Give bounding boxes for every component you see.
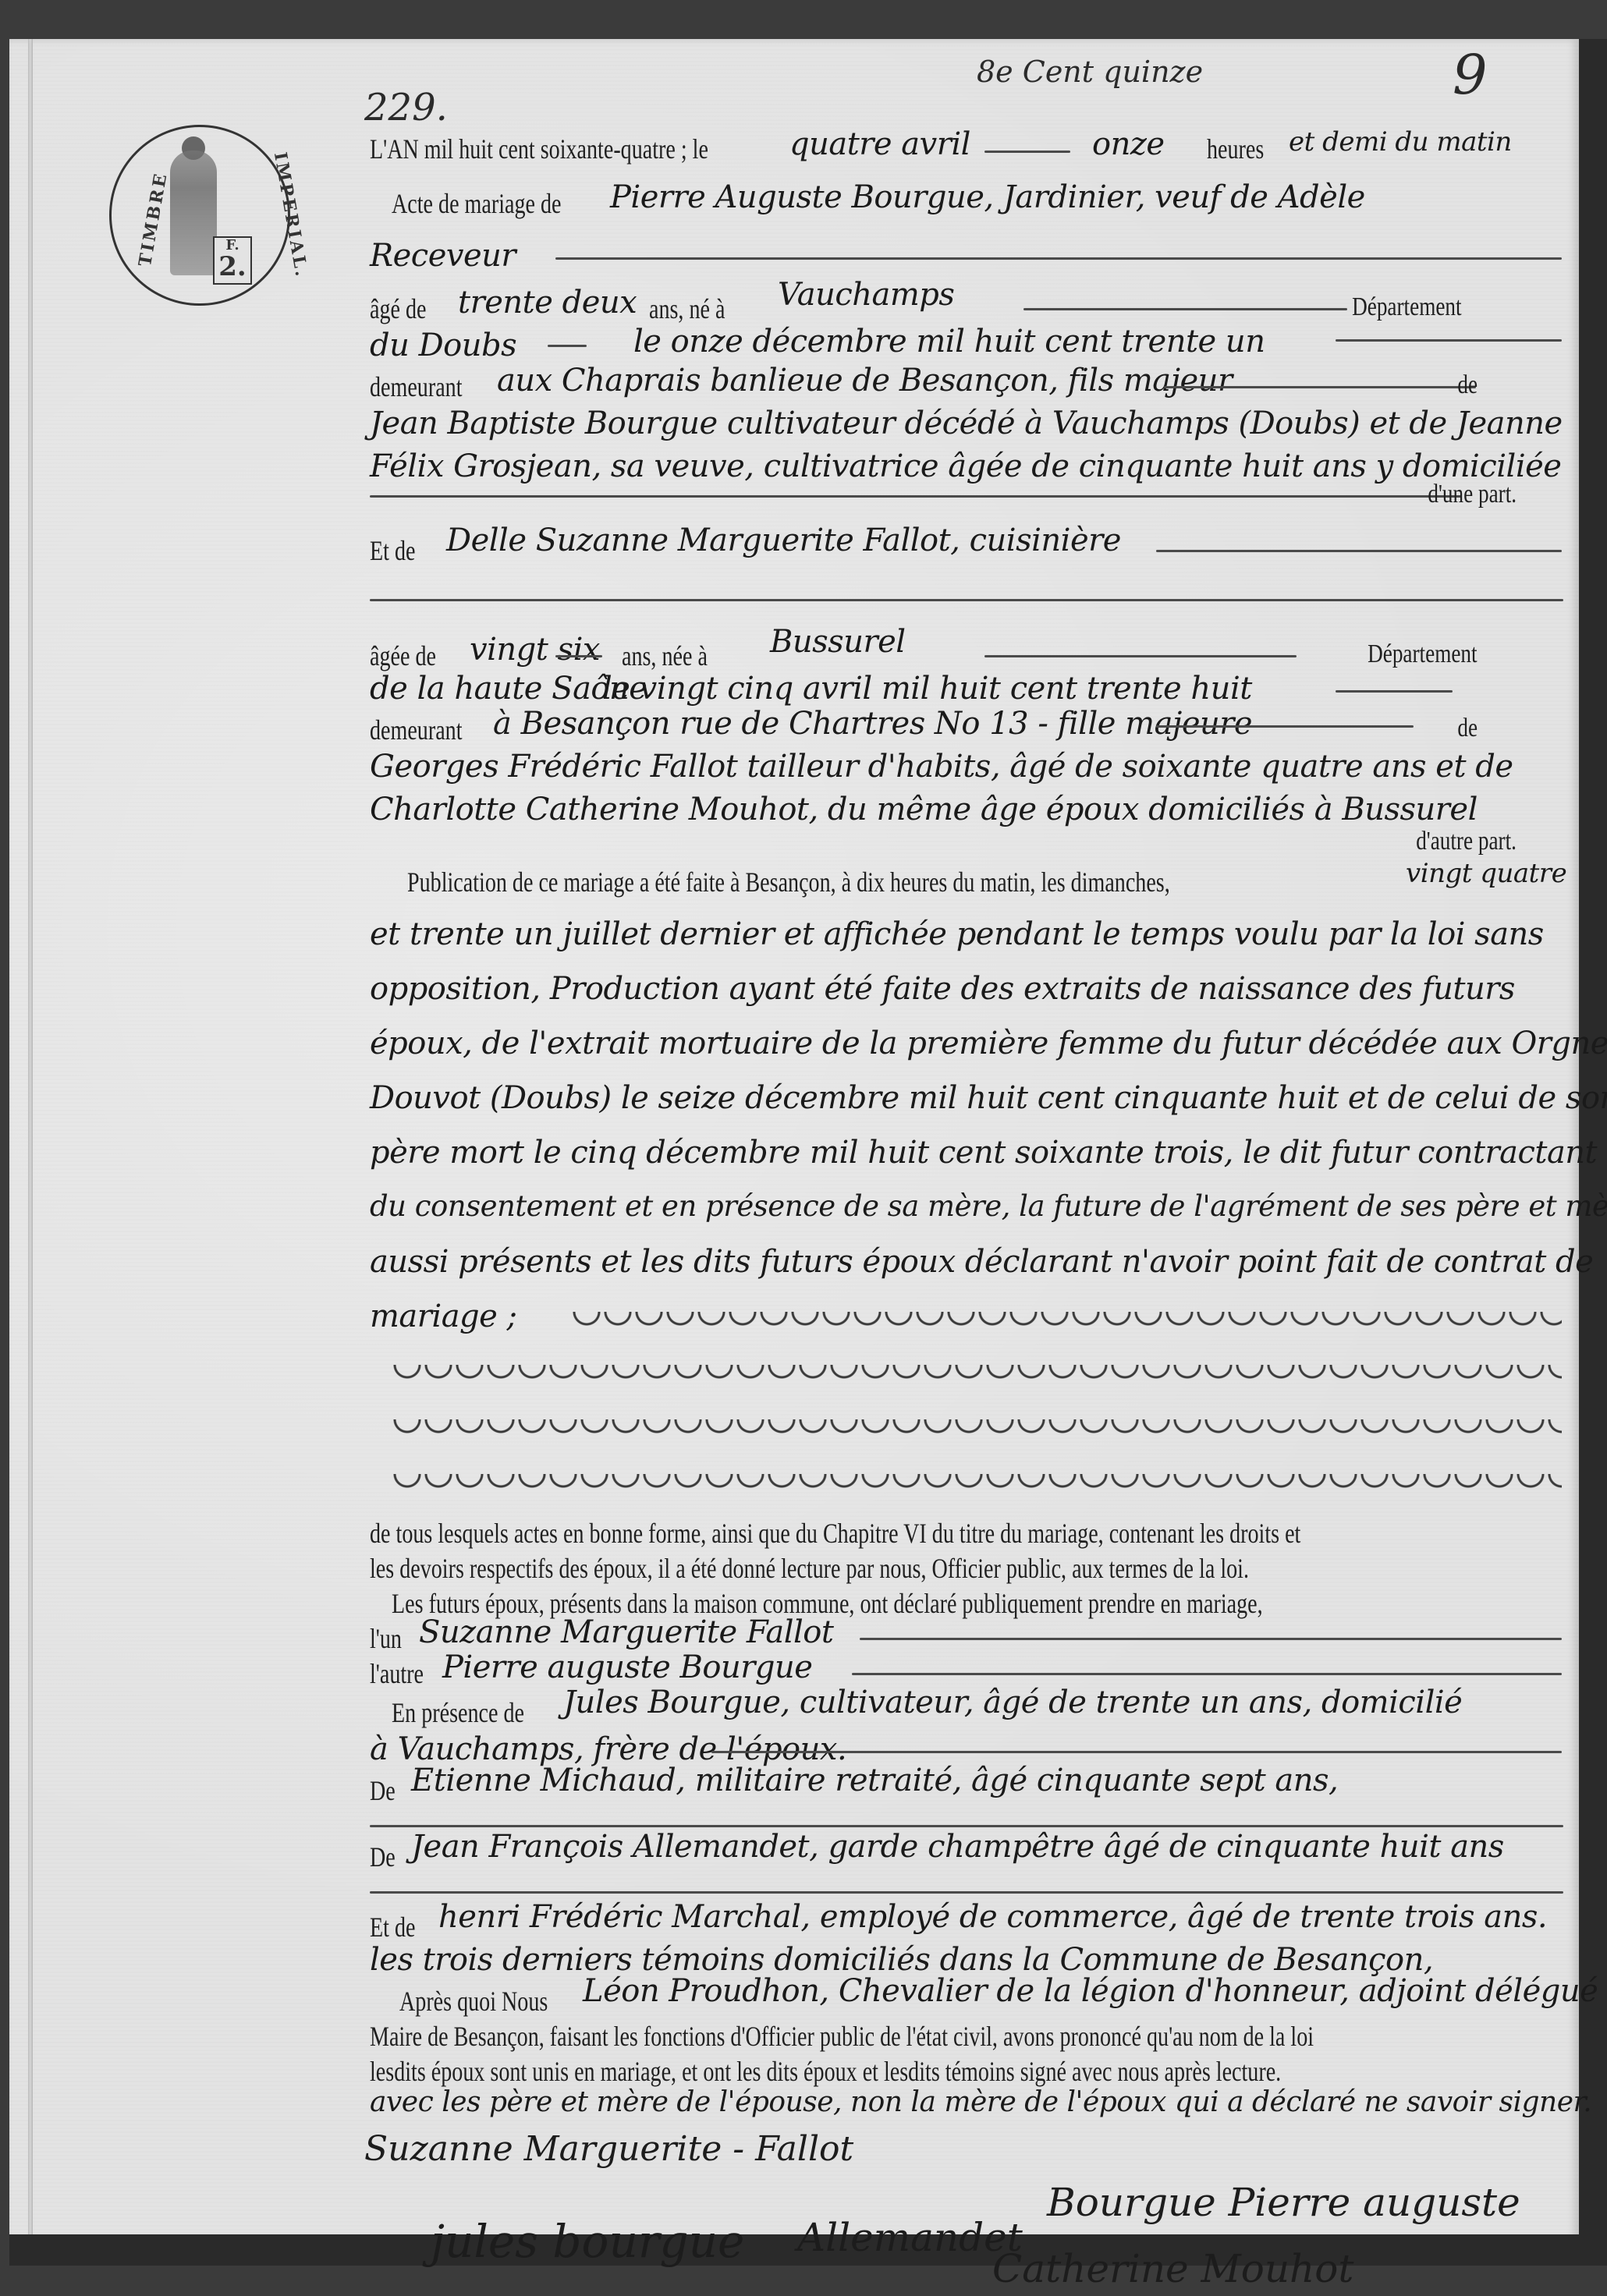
publication-hand-5: père mort le cinq décembre mil huit cent… bbox=[370, 1135, 1597, 1171]
header-line-2: Acte de mariage de bbox=[392, 187, 609, 220]
rule bbox=[984, 151, 1070, 153]
age-label: âgé de bbox=[370, 292, 426, 325]
publication-hand-0: vingt quatre bbox=[1406, 858, 1566, 889]
signature-catherine-mouhot: Catherine Mouhot bbox=[992, 2246, 1353, 2291]
apres-label: Après quoi Nous bbox=[399, 1985, 548, 2018]
chapter-text-1: de tous lesquels actes en bonne forme, a… bbox=[370, 1517, 1300, 1550]
rule bbox=[852, 1673, 1562, 1675]
spouse-two: Pierre auguste Bourgue bbox=[442, 1649, 812, 1685]
rule bbox=[1156, 550, 1562, 552]
document-page: TIMBRE IMPERIAL. F. 2. 8e Cent quinze 9 … bbox=[9, 39, 1579, 2266]
closing-text-3: lesdits époux sont unis en mariage, et o… bbox=[370, 2055, 1281, 2088]
rule bbox=[1336, 339, 1562, 342]
publication-hand-6: du consentement et en présence de sa mèr… bbox=[370, 1189, 1607, 1223]
spouse-one: Suzanne Marguerite Fallot bbox=[419, 1614, 833, 1650]
autre-label: l'autre bbox=[370, 1657, 424, 1690]
bride-birth-date: le vingt cinq avril mil huit cent trente… bbox=[602, 671, 1252, 707]
closing-line-2: Maire de Besançon, faisant les fonctions… bbox=[370, 2020, 1580, 2053]
fill-line-wavy bbox=[392, 1419, 1562, 1438]
groom-age: trente deux bbox=[458, 285, 637, 321]
groom-birth-date: le onze décembre mil huit cent trente un bbox=[633, 324, 1265, 360]
witness-4-label: Et de bbox=[370, 1911, 415, 1943]
officer-name: Léon Proudhon, Chevalier de la légion d'… bbox=[583, 1973, 1607, 2009]
fill-line-wavy bbox=[571, 1312, 1562, 1330]
rule bbox=[370, 1825, 1563, 1827]
bride-residence: à Besançon rue de Chartres No 13 - fille… bbox=[493, 706, 1252, 742]
chapter-line-2: les devoirs respectifs des époux, il a é… bbox=[370, 1552, 1497, 1585]
register-number: 229. bbox=[364, 86, 448, 129]
imperial-stamp-seal: TIMBRE IMPERIAL. F. 2. bbox=[109, 125, 290, 306]
signature-jules-bourgue: jules bourgue bbox=[431, 2215, 744, 2268]
rule bbox=[984, 655, 1297, 657]
department-label: Département bbox=[1353, 292, 1462, 322]
fill-line-wavy bbox=[392, 1474, 1562, 1493]
seal-left-text: TIMBRE bbox=[135, 170, 172, 268]
publication-hand-8: mariage ; bbox=[370, 1299, 517, 1334]
born-label: ans, né à bbox=[649, 292, 725, 325]
signature-allemandet: Allemandet bbox=[797, 2215, 1023, 2260]
groom-name-title: Pierre Auguste Bourgue, Jardinier, veuf … bbox=[610, 179, 1365, 215]
spouse-two-line: l'autre bbox=[370, 1657, 438, 1690]
bride-born-text: ans, née à bbox=[622, 640, 708, 672]
bride-intro-label: Et de bbox=[370, 534, 415, 567]
presence-label: En présence de bbox=[392, 1696, 524, 1729]
bride-of-label: de bbox=[1457, 714, 1478, 743]
fill-line-wavy bbox=[392, 1365, 1562, 1384]
witness-3-label: De bbox=[370, 1841, 396, 1873]
bride-birthplace: Bussurel bbox=[770, 624, 906, 660]
groom-age-line: âgé de bbox=[370, 292, 442, 325]
groom-residence: aux Chaprais banlieue de Besançon, fils … bbox=[497, 363, 1233, 399]
seal-justice-figure-icon bbox=[170, 151, 217, 275]
seal-right-text: IMPERIAL. bbox=[270, 151, 312, 280]
groom-born-label: ans, né à bbox=[649, 292, 747, 325]
witness-2-label: De bbox=[370, 1774, 396, 1807]
chapter-text-2: les devoirs respectifs des époux, il a é… bbox=[370, 1552, 1249, 1585]
header-date: quatre avril bbox=[789, 126, 970, 162]
chapter-line-1: de tous lesquels actes en bonne forme, a… bbox=[370, 1517, 1563, 1550]
bride-mother: Charlotte Catherine Mouhot, du même âge … bbox=[370, 792, 1478, 827]
witness-4: henri Frédéric Marchal, employé de comme… bbox=[438, 1899, 1547, 1935]
witness-presence-line: En présence de bbox=[392, 1696, 562, 1729]
rule bbox=[1336, 690, 1453, 693]
rule bbox=[370, 495, 1462, 498]
bride-department-label: Département bbox=[1368, 640, 1478, 669]
witness-3-line: De bbox=[370, 1841, 403, 1873]
rule bbox=[548, 345, 587, 347]
previous-wife-surname: Receveur bbox=[370, 238, 516, 274]
header-time-suffix: et demi du matin bbox=[1289, 126, 1512, 158]
header-heures-label: heures bbox=[1207, 133, 1280, 165]
bride-intro: Et de bbox=[370, 534, 428, 567]
spouse-one-line: l'un bbox=[370, 1622, 411, 1655]
seal-denomination: F. 2. bbox=[213, 236, 252, 285]
rule bbox=[555, 655, 602, 657]
closing-line-4: avec les père et mère de l'épouse, non l… bbox=[370, 2086, 1591, 2118]
margin-annotation: 8e Cent quinze bbox=[977, 55, 1203, 89]
rule bbox=[370, 1891, 1563, 1894]
first-part-label: d'une part. bbox=[1428, 480, 1517, 509]
witness-1: Jules Bourgue, cultivateur, âgé de trent… bbox=[563, 1685, 1462, 1720]
header-year-text: L'AN mil huit cent soixante-quatre ; le bbox=[370, 133, 708, 165]
closing-line-3: lesdits époux sont unis en mariage, et o… bbox=[370, 2055, 1538, 2088]
header-hour: onze bbox=[1092, 126, 1165, 162]
page-mark: 9 bbox=[1453, 43, 1488, 107]
seal-denomination-value: 2. bbox=[215, 253, 250, 280]
witness-3: Jean François Allemandet, garde champêtr… bbox=[411, 1829, 1504, 1865]
witness-4-line: Et de bbox=[370, 1911, 428, 1943]
rule bbox=[555, 257, 1562, 260]
signature-groom: Bourgue Pierre auguste bbox=[1047, 2180, 1520, 2225]
header-line-1: L'AN mil huit cent soixante-quatre ; le bbox=[370, 133, 803, 165]
bride-name: Delle Suzanne Marguerite Fallot, cuisini… bbox=[446, 523, 1121, 558]
bride-age: vingt six bbox=[470, 632, 600, 668]
closing-text-2: Maire de Besançon, faisant les fonctions… bbox=[370, 2020, 1314, 2053]
acte-label: Acte de mariage de bbox=[392, 187, 561, 220]
witness-2-line: De bbox=[370, 1774, 403, 1807]
publication-hand-1: et trente un juillet dernier et affichée… bbox=[370, 916, 1544, 952]
publication-hand-3: époux, de l'extrait mortuaire de la prem… bbox=[370, 1026, 1607, 1061]
groom-residence-line: demeurant bbox=[370, 370, 488, 403]
publication-hand-2: opposition, Production ayant été faite d… bbox=[370, 971, 1515, 1007]
closing-line-1: Après quoi Nous bbox=[399, 1985, 590, 2018]
bride-residence-label: demeurant bbox=[370, 714, 463, 746]
publication-hand-7: aussi présents et les dits futurs époux … bbox=[370, 1244, 1593, 1280]
publication-hand-4: Douvot (Doubs) le seize décembre mil hui… bbox=[370, 1080, 1607, 1116]
witness-2: Etienne Michaud, militaire retraité, âgé… bbox=[411, 1763, 1338, 1798]
page-gutter bbox=[28, 39, 33, 2266]
un-label: l'un bbox=[370, 1622, 402, 1655]
residence-label: demeurant bbox=[370, 370, 463, 403]
groom-birthplace: Vauchamps bbox=[778, 277, 954, 313]
rule bbox=[370, 599, 1563, 601]
rule bbox=[860, 1638, 1562, 1640]
bride-father: Georges Frédéric Fallot tailleur d'habit… bbox=[370, 749, 1513, 785]
bride-age-label: âgée de bbox=[370, 640, 436, 672]
bride-born-label: ans, née à bbox=[622, 640, 732, 672]
bride-age-line: âgée de bbox=[370, 640, 455, 672]
publication-line: Publication de ce mariage a été faite à … bbox=[407, 866, 1385, 898]
rule bbox=[1164, 386, 1476, 388]
heures-text: heures bbox=[1207, 133, 1264, 165]
publication-text: Publication de ce mariage a été faite à … bbox=[407, 866, 1170, 898]
groom-father: Jean Baptiste Bourgue cultivateur décédé… bbox=[370, 406, 1563, 441]
rule bbox=[1023, 308, 1347, 310]
groom-mother: Félix Grosjean, sa veuve, cultivatrice â… bbox=[370, 448, 1561, 484]
rule bbox=[711, 1751, 1562, 1753]
signature-bride: Suzanne Marguerite - Fallot bbox=[364, 2129, 853, 2169]
of-label: de bbox=[1457, 370, 1478, 400]
rule bbox=[1156, 725, 1414, 728]
second-part-label: d'autre part. bbox=[1416, 827, 1517, 856]
bride-residence-line: demeurant bbox=[370, 714, 488, 746]
groom-department: du Doubs bbox=[370, 328, 516, 363]
